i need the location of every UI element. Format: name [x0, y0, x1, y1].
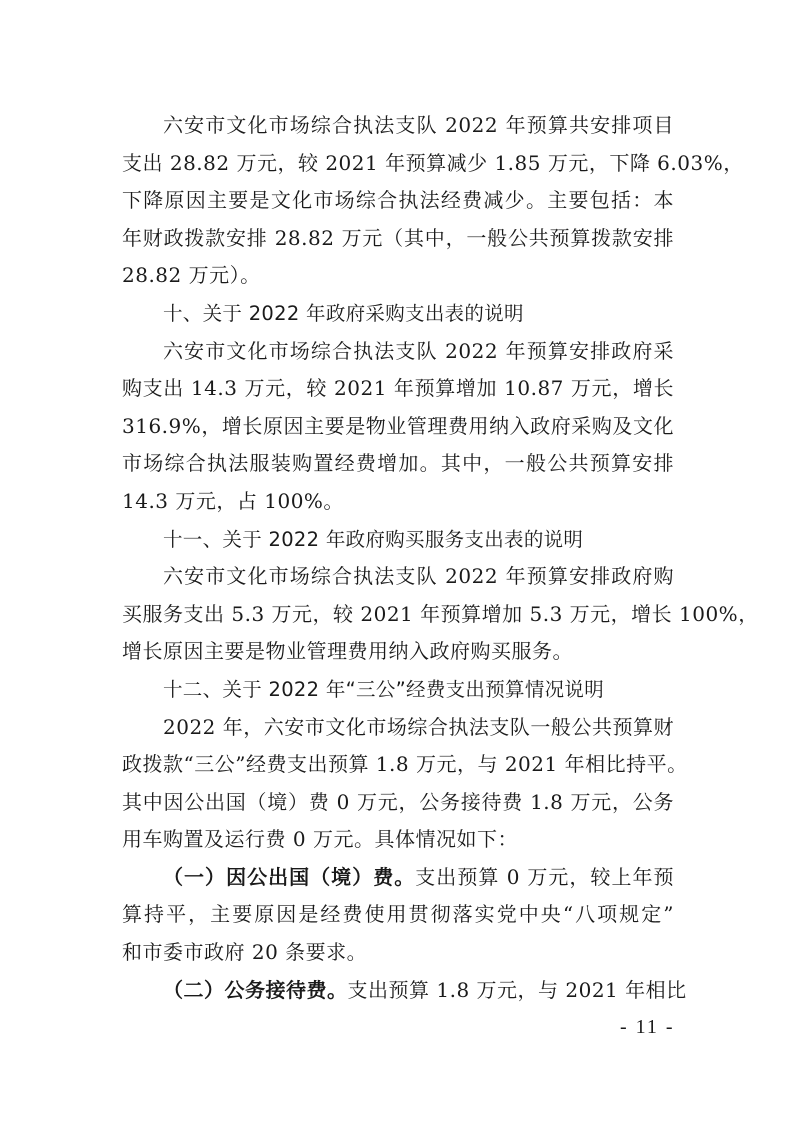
text-line: 28.82 万元）。	[122, 257, 674, 295]
text-line: 六安市文化市场综合执法支队 2022 年预算安排政府购	[122, 558, 674, 596]
section-heading-three-public-expenses: 十二、关于 2022 年“三公”经费支出预算情况说明	[122, 671, 674, 709]
text-line: 买服务支出 5.3 万元，较 2021 年预算增加 5.3 万元，增长 100%…	[122, 596, 674, 634]
text-line: 六安市文化市场综合执法支队 2022 年预算安排政府采	[122, 333, 674, 371]
section-heading-procurement: 十、关于 2022 年政府采购支出表的说明	[122, 295, 674, 333]
text-line: （一）因公出国（境）费。支出预算 0 万元，较上年预	[122, 859, 674, 897]
text-line: 下降原因主要是文化市场综合执法经费减少。主要包括：本	[122, 182, 674, 220]
text-span: 支出预算 0 万元，较上年预	[415, 865, 674, 889]
paragraph-procurement: 六安市文化市场综合执法支队 2022 年预算安排政府采 购支出 14.3 万元，…	[122, 333, 674, 521]
paragraph-budget-overview: 六安市文化市场综合执法支队 2022 年预算共安排项目 支出 28.82 万元，…	[122, 107, 674, 295]
text-line: 2022 年，六安市文化市场综合执法支队一般公共预算财	[122, 709, 674, 747]
document-page: 六安市文化市场综合执法支队 2022 年预算共安排项目 支出 28.82 万元，…	[122, 107, 674, 1009]
text-line: 和市委市政府 20 条要求。	[122, 934, 674, 972]
text-line: 用车购置及运行费 0 万元。具体情况如下：	[122, 821, 674, 859]
text-line: 年财政拨款安排 28.82 万元（其中，一般公共预算拨款安排	[122, 220, 674, 258]
paragraph-purchased-services: 六安市文化市场综合执法支队 2022 年预算安排政府购 买服务支出 5.3 万元…	[122, 558, 674, 671]
text-line: 增长原因主要是物业管理费用纳入政府购买服务。	[122, 633, 674, 671]
paragraph-official-reception: （二）公务接待费。支出预算 1.8 万元，与 2021 年相比	[122, 972, 674, 1010]
subsection-label-overseas-travel: （一）因公出国（境）费。	[163, 865, 415, 889]
section-heading-purchased-services: 十一、关于 2022 年政府购买服务支出表的说明	[122, 521, 674, 559]
text-line: （二）公务接待费。支出预算 1.8 万元，与 2021 年相比	[122, 972, 674, 1010]
text-line: 市场综合执法服装购置经费增加。其中，一般公共预算安排	[122, 445, 674, 483]
paragraph-three-public-expenses: 2022 年，六安市文化市场综合执法支队一般公共预算财 政拨款“三公”经费支出预…	[122, 709, 674, 859]
paragraph-overseas-travel: （一）因公出国（境）费。支出预算 0 万元，较上年预 算持平，主要原因是经费使用…	[122, 859, 674, 972]
text-line: 六安市文化市场综合执法支队 2022 年预算共安排项目	[122, 107, 674, 145]
text-line: 14.3 万元，占 100%。	[122, 483, 674, 521]
subsection-label-official-reception: （二）公务接待费。	[163, 978, 348, 1002]
text-line: 政拨款“三公”经费支出预算 1.8 万元，与 2021 年相比持平。	[122, 746, 674, 784]
text-span: 支出预算 1.8 万元，与 2021 年相比	[348, 978, 687, 1002]
text-line: 购支出 14.3 万元，较 2021 年预算增加 10.87 万元，增长	[122, 370, 674, 408]
text-line: 支出 28.82 万元，较 2021 年预算减少 1.85 万元，下降 6.03…	[122, 145, 674, 183]
text-line: 其中因公出国（境）费 0 万元，公务接待费 1.8 万元，公务	[122, 784, 674, 822]
page-number: - 11 -	[620, 1016, 675, 1039]
text-line: 316.9%，增长原因主要是物业管理费用纳入政府采购及文化	[122, 408, 674, 446]
text-line: 算持平，主要原因是经费使用贯彻落实党中央“八项规定”	[122, 896, 674, 934]
